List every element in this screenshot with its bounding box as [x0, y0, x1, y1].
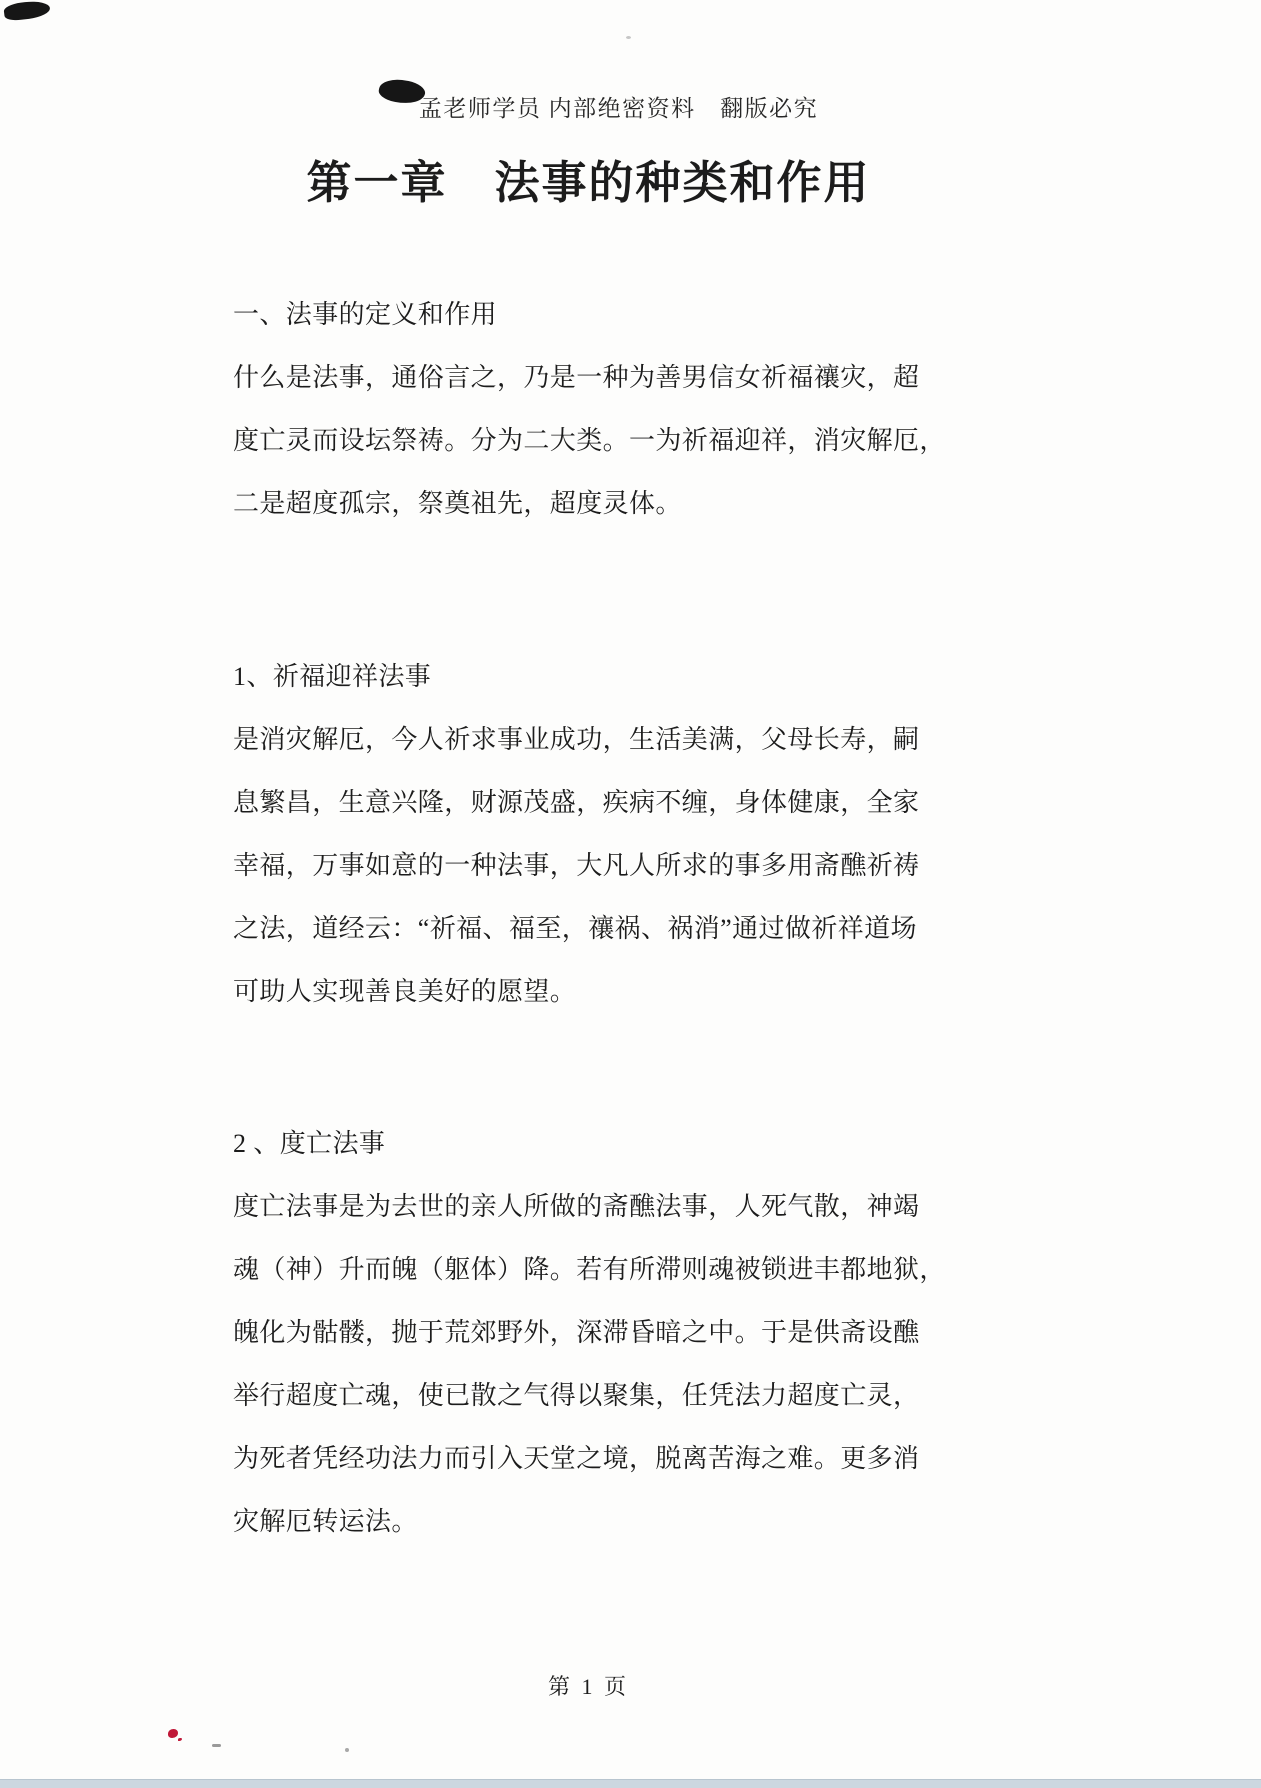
scan-smudge-top-left — [3, 0, 51, 22]
text-line: 什么是法事，通俗言之，乃是一种为善男信女祈福禳灾，超 — [233, 346, 953, 409]
text-line: 可助人实现善良美好的愿望。 — [233, 960, 953, 1023]
page-number: 第 1 页 — [232, 1670, 945, 1701]
text-line: 魂（神）升而魄（躯体）降。若有所滞则魂被锁进丰都地狱， — [233, 1238, 953, 1301]
section-heading: 1、祈福迎祥法事 — [233, 645, 953, 708]
ink-speck-gray — [345, 1748, 349, 1752]
text-line: 幸福，万事如意的一种法事，大凡人所求的事多用斋醮祈祷 — [233, 834, 953, 897]
text-line: 为死者凭经功法力而引入天堂之境，脱离苦海之难。更多消 — [233, 1427, 953, 1490]
section-heading: 2 、度亡法事 — [233, 1112, 953, 1175]
header-notice: 孟老师学员 内部绝密资料 翻版必究 — [262, 90, 975, 123]
dust-speck — [626, 36, 631, 39]
scan-edge-strip — [0, 1779, 1261, 1788]
section-definition: 一、法事的定义和作用 什么是法事，通俗言之，乃是一种为善男信女祈福禳灾，超 度亡… — [233, 283, 953, 535]
text-line: 之法，道经云：“祈福、福至，禳祸、祸消”通过做祈祥道场 — [233, 897, 953, 960]
text-line: 灾解厄转运法。 — [233, 1490, 953, 1553]
document-page: 孟老师学员 内部绝密资料 翻版必究 第一章 法事的种类和作用 一、法事的定义和作… — [0, 0, 1261, 1788]
chapter-title: 第一章 法事的种类和作用 — [232, 146, 945, 211]
section-deliverance-rituals: 2 、度亡法事 度亡法事是为去世的亲人所做的斋醮法事，人死气散，神竭 魂（神）升… — [233, 1112, 953, 1553]
text-line: 息繁昌，生意兴隆，财源茂盛，疾病不缠，身体健康，全家 — [233, 771, 953, 834]
text-line: 二是超度孤宗，祭奠祖先，超度灵体。 — [233, 472, 953, 535]
text-line: 魄化为骷髅，抛于荒郊野外，深滞昏暗之中。于是供斋设醮 — [233, 1301, 953, 1364]
text-line: 是消灾解厄，今人祈求事业成功，生活美满，父母长寿，嗣 — [233, 708, 953, 771]
text-line: 举行超度亡魂，使已散之气得以聚集，任凭法力超度亡灵， — [233, 1364, 953, 1427]
ink-speck-red — [168, 1729, 178, 1738]
section-heading: 一、法事的定义和作用 — [233, 283, 953, 346]
ink-speck-gray — [212, 1744, 221, 1747]
section-blessing-rituals: 1、祈福迎祥法事 是消灾解厄，今人祈求事业成功，生活美满，父母长寿，嗣 息繁昌，… — [233, 645, 953, 1023]
text-line: 度亡灵而设坛祭祷。分为二大类。一为祈福迎祥，消灾解厄， — [233, 409, 953, 472]
text-line: 度亡法事是为去世的亲人所做的斋醮法事，人死气散，神竭 — [233, 1175, 953, 1238]
